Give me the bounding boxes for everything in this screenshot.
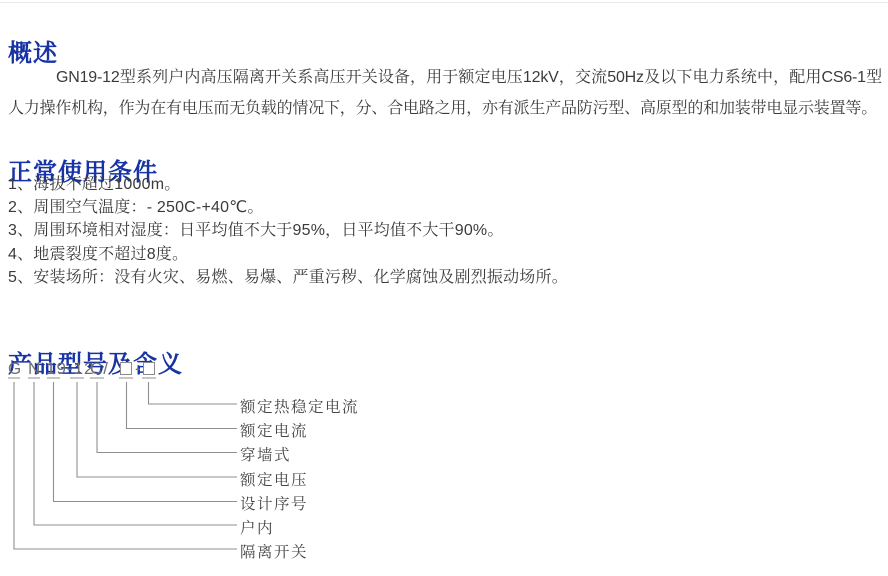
model-label-disconnector: 隔离开关 [240,540,308,558]
condition-item-3: 3、周围环境相对湿度：日平均值不大于95%，日平均值不大干90%。 [8,219,868,242]
conditions-list: 1、海拔不超过1000m。 2、周围空气温度：- 250C-+40℃。 3、周围… [8,173,868,289]
connector-line-design-serial [54,382,238,502]
condition-item-5: 5、安装场所：没有火灾、易燃、易爆、严重污秽、化学腐蚀及剧烈振动场所。 [8,266,868,289]
model-label-rated-voltage: 额定电压 [240,468,308,486]
model-label-rated-current: 额定电流 [240,419,308,437]
model-label-wall-type: 穿墙式 [240,443,291,461]
condition-item-2: 2、周围空气温度：- 250C-+40℃。 [8,196,868,219]
connector-line-thermal-current [149,382,238,404]
overview-paragraph: GN19-12型系列户内高压隔离开关系高压开关设备，用于额定电压12kV，交流5… [8,62,882,124]
condition-item-1: 1、海拔不超过1000m。 [8,173,868,196]
top-divider [0,2,888,3]
connector-line-wall-type [97,382,237,453]
condition-item-4: 4、地震裂度不超过8度。 [8,243,868,266]
model-label-design-serial: 设计序号 [240,492,308,510]
connector-line-disconnector [14,382,237,549]
model-label-thermal-current: 额定热稳定电流 [240,395,359,413]
connector-line-rated-voltage [77,382,237,477]
model-label-indoor: 户内 [240,516,274,534]
connector-line-rated-current [127,382,238,429]
catalog-page: 概述 GN19-12型系列户内高压隔离开关系高压开关设备，用于额定电压12kV，… [0,0,888,576]
